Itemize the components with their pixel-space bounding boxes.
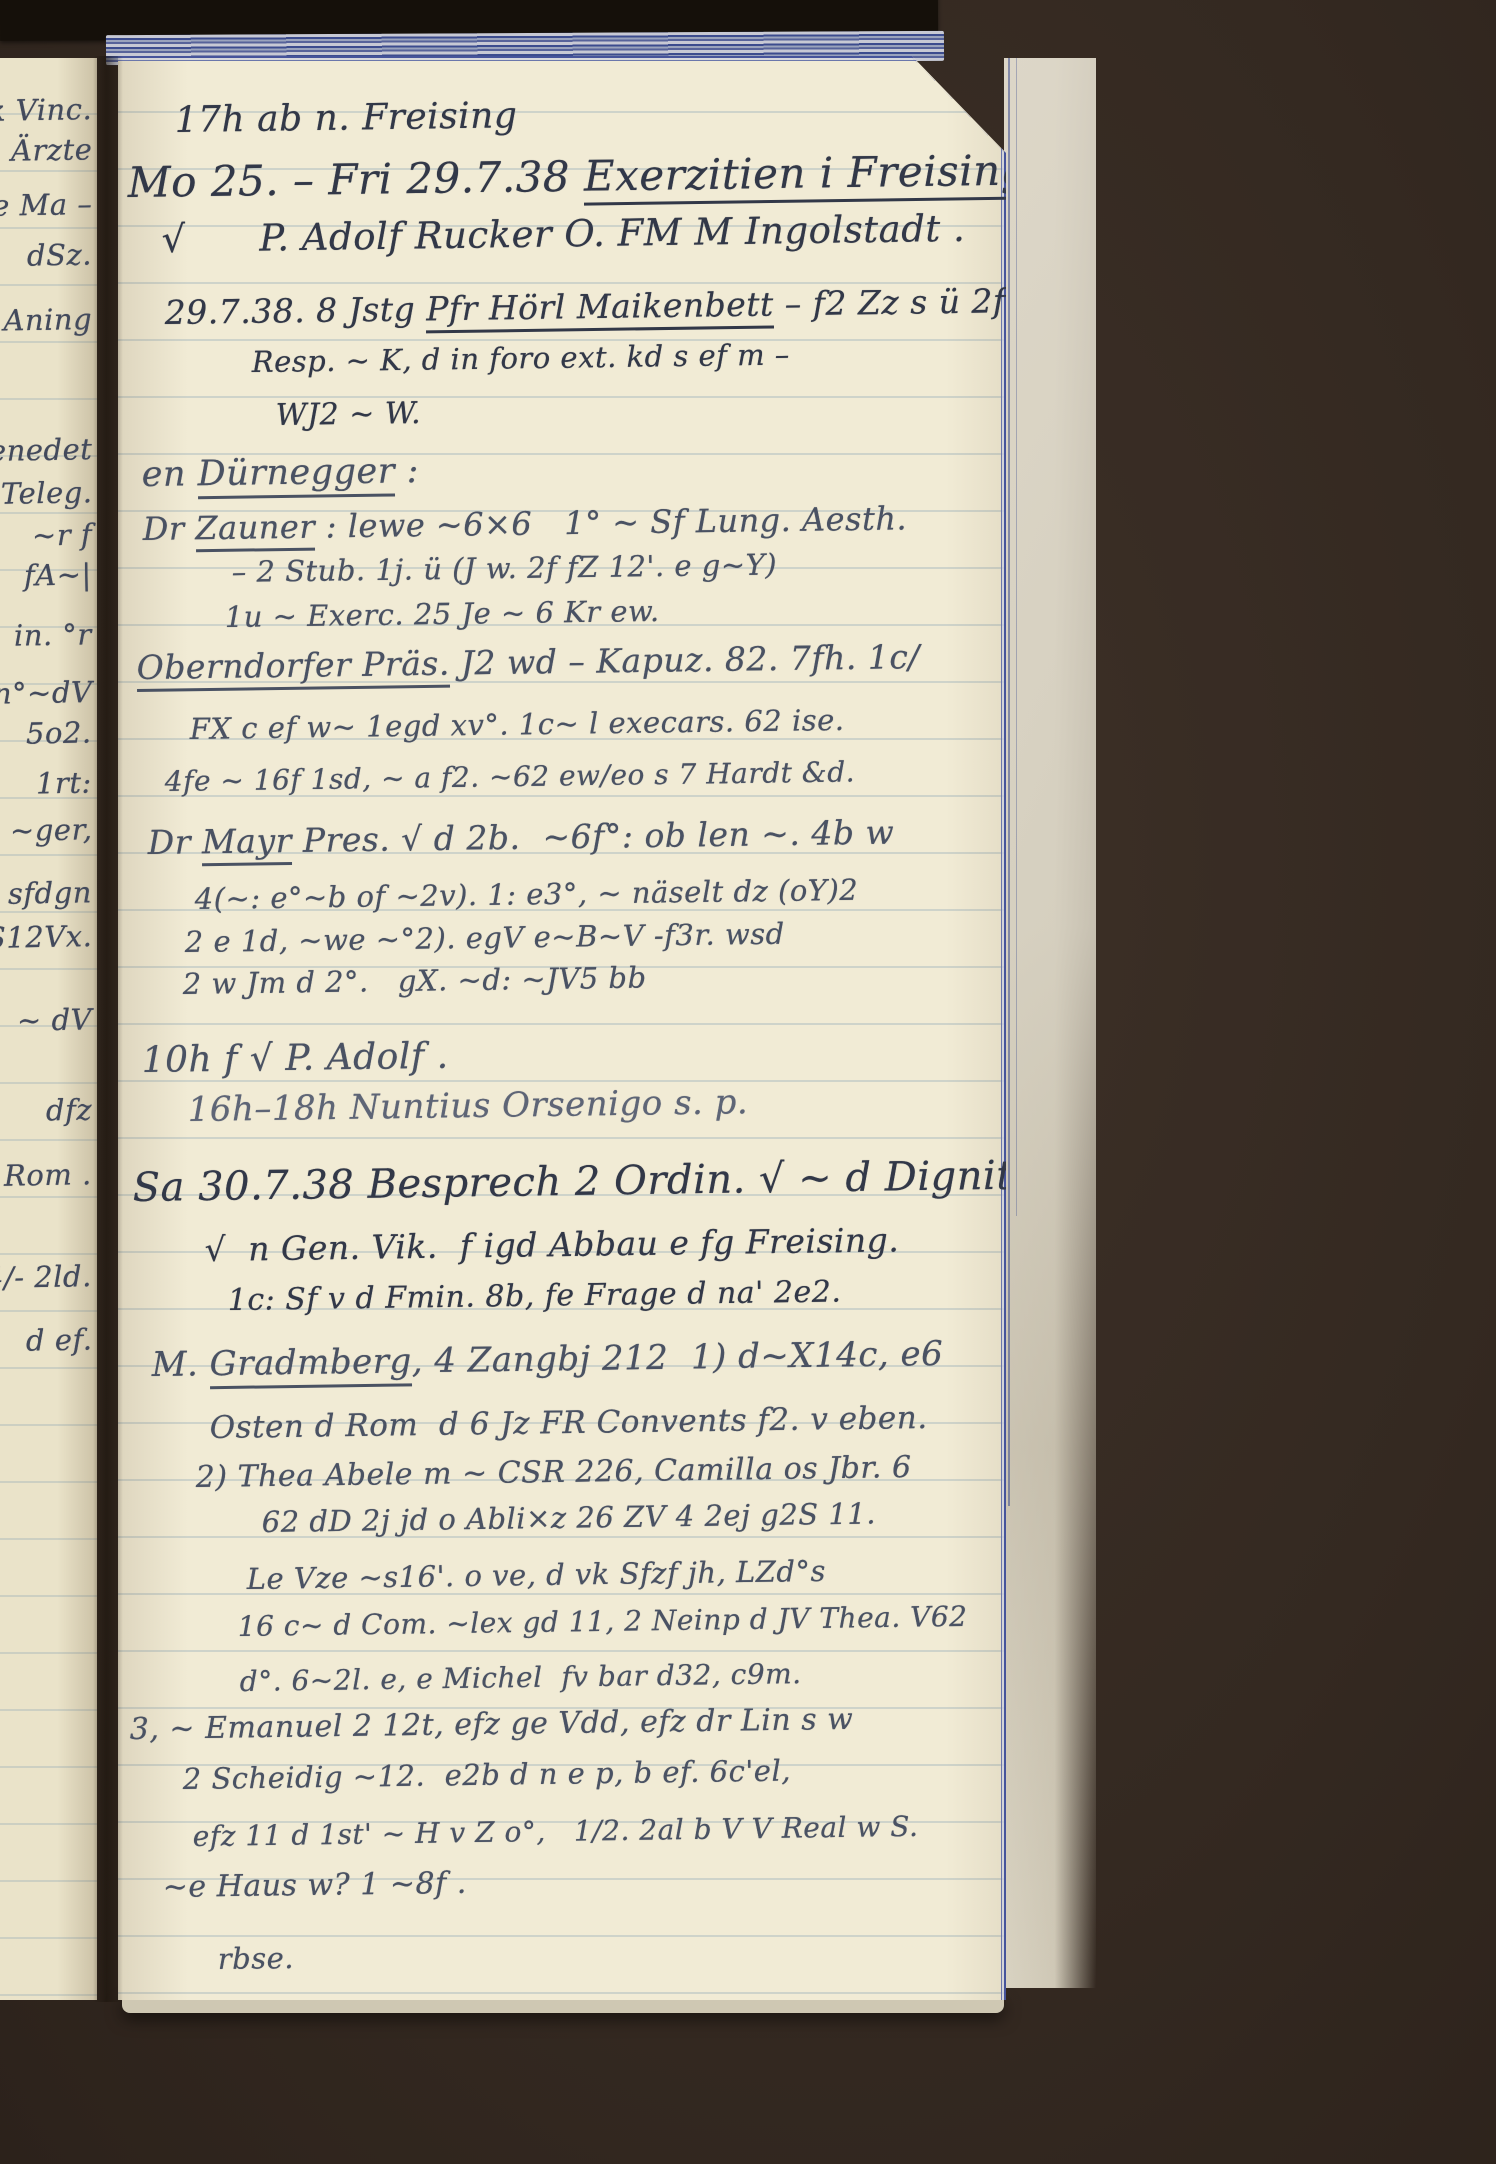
left-page-fragment: sfdgn (8, 875, 93, 910)
underlined-phrase: Mayr (202, 821, 292, 866)
manuscript-line: 2 e 1d, ~we ~°2). egV e~B~V -f3r. wsd (185, 917, 785, 959)
left-page-fragment: 5o2. (26, 715, 92, 750)
manuscript-line: Dr Zauner : lewe ~6×6 1° ~ Sf Lung. Aest… (142, 499, 907, 548)
left-page-fragment: dfz (46, 1093, 93, 1128)
manuscript-line: 3, ~ Emanuel 2 12t, efz ge Vdd, efz dr L… (130, 1702, 854, 1747)
manuscript-line: WJ2 ~ W. (276, 396, 422, 433)
left-page-fragment: c Aning (0, 302, 92, 338)
phrase: – 2 Stub. 1j. ü (J w. 2f fZ 12'. e g~Y) (232, 547, 778, 589)
phrase: – f2 Zz s ü 2f. (773, 281, 1015, 323)
manuscript-line: 4(~: e°~b of ~2v). 1: e3°, ~ näselt dz (… (195, 873, 859, 916)
left-page-fragment: ~ger, (9, 812, 92, 847)
diary-photo: k Vinc.Ärztefe Ma –dSz.c AningenedetTele… (0, 0, 1496, 2164)
left-page-fragment: in. °r (14, 617, 92, 652)
phrase: 2 e 1d, ~we ~°2). egV e~B~V -f3r. wsd (185, 917, 785, 959)
manuscript-line: 16h–18h Nuntius Orsenigo s. p. (187, 1082, 748, 1130)
manuscript-line: 1u ~ Exerc. 25 Je ~ 6 Kr ew. (225, 594, 660, 634)
manuscript-line: efz 11 d 1st' ~ H v Z o°, 1/2. 2al b V V… (193, 1810, 919, 1853)
manuscript-line: – 2 Stub. 1j. ü (J w. 2f fZ 12'. e g~Y) (232, 547, 778, 589)
diary-page: 17h ab n. FreisingMo 25. – Fri 29.7.38 E… (118, 56, 1006, 2000)
phrase: , 4 Zangbj 212 1) d~X14c, e6 (411, 1334, 943, 1381)
phrase: : lewe ~6×6 1° ~ Sf Lung. Aesth. (315, 499, 907, 545)
manuscript-text-layer: 17h ab n. FreisingMo 25. – Fri 29.7.38 E… (118, 56, 1006, 2000)
phrase: 16 c~ d Com. ~lex gd 11, 2 Neinp d JV Th… (238, 1600, 968, 1643)
phrase: : (395, 451, 419, 491)
manuscript-line: Osten d Rom d 6 Jz FR Convents f2. v ebe… (209, 1400, 927, 1446)
manuscript-line: Dr Mayr Pres. √ d 2b. ~6f°: ob len ~. 4b… (147, 813, 894, 862)
phrase: √ P. Adolf Rucker O. FM M Ingolstadt . (161, 207, 965, 261)
left-page-sliver: k Vinc.Ärztefe Ma –dSz.c AningenedetTele… (0, 58, 97, 2000)
phrase: 4fe ~ 16f 1sd, ~ a f2. ~62 ew/eo s 7 Har… (165, 755, 856, 798)
phrase: 2 w Jm d 2°. gX. ~d: ~JV5 bb (183, 961, 647, 1001)
underlined-phrase: Dürnegger (197, 451, 395, 499)
phrase: 29.7.38. 8 Jstg (164, 289, 426, 332)
left-page-fragment: enedet (0, 432, 92, 468)
phrase: 17h ab n. Freising (174, 95, 517, 141)
phrase: 1c: Sf v d Fmin. 8b, fe Frage d na' 2e2. (228, 1274, 842, 1318)
phrase: rbse. (218, 1941, 295, 1976)
phrase: Pres. √ d 2b. ~6f°: ob len ~. 4b w (292, 813, 895, 860)
phrase: 3, ~ Emanuel 2 12t, efz ge Vdd, efz dr L… (130, 1702, 854, 1747)
phrase: en (141, 454, 197, 495)
underlined-phrase: Zauner (195, 508, 315, 553)
manuscript-line: M. Gradmberg, 4 Zangbj 212 1) d~X14c, e6 (151, 1334, 943, 1385)
left-page-fragment: Rom . (4, 1157, 92, 1193)
manuscript-line: 10h f √ P. Adolf . (141, 1036, 448, 1081)
right-page-stack-edge (1004, 58, 1096, 1988)
gutter-shadow (93, 56, 123, 2002)
phrase: 62 dD 2j jd o Abli×z 26 ZV 4 2ej g2S 11. (262, 1496, 877, 1539)
phrase: ~e Haus w? 1 ~8f . (163, 1866, 468, 1905)
manuscript-line: ~e Haus w? 1 ~8f . (163, 1866, 468, 1905)
phrase: 1u ~ Exerc. 25 Je ~ 6 Kr ew. (225, 594, 660, 634)
underlined-phrase: Gradmberg (209, 1341, 412, 1389)
manuscript-line: 16 c~ d Com. ~lex gd 11, 2 Neinp d JV Th… (238, 1600, 968, 1643)
left-page-fragment: ~ dV (17, 1002, 93, 1037)
phrase: Mo 25. – Fri 29.7.38 (127, 152, 584, 207)
phrase: FX c ef w~ 1egd xv°. 1c~ l execars. 62 i… (190, 703, 845, 746)
manuscript-line: 17h ab n. Freising (174, 95, 517, 141)
manuscript-line: 1c: Sf v d Fmin. 8b, fe Frage d na' 2e2. (228, 1274, 842, 1318)
left-page-fragment: Ärzte (10, 132, 92, 167)
manuscript-line: Le Vze ~s16'. o ve, d vk Sfzf jh, LZd°s (247, 1554, 827, 1596)
phrase: 16h–18h Nuntius Orsenigo s. p. (187, 1082, 748, 1130)
left-page-fragment: S12Vx. (0, 919, 92, 955)
manuscript-line: Resp. ~ K, d in foro ext. kd s ef m – (252, 337, 791, 379)
phrase: √ n Gen. Vik. f igd Abbau e fg Freising. (204, 1220, 899, 1269)
phrase: 4(~: e°~b of ~2v). 1: e3°, ~ näselt dz (… (195, 873, 859, 916)
manuscript-line: 2) Thea Abele m ~ CSR 226, Camilla os Jb… (196, 1450, 912, 1495)
manuscript-line: rbse. (218, 1941, 295, 1976)
phrase: Le Vze ~s16'. o ve, d vk Sfzf jh, LZd°s (247, 1554, 827, 1596)
phrase: 2 Scheidig ~12. e2b d n e p, b ef. 6c'el… (183, 1754, 792, 1796)
underlined-phrase: Pfr Hörl Maikenbett (426, 284, 774, 333)
manuscript-line: Oberndorfer Präs. J2 wd – Kapuz. 82. 7fh… (136, 637, 920, 687)
phrase: efz 11 d 1st' ~ H v Z o°, 1/2. 2al b V V… (193, 1810, 919, 1853)
left-page-fragment: 1n°~dV (0, 675, 92, 711)
manuscript-line: d°. 6~2l. e, e Michel fv bar d32, c9m. (240, 1657, 802, 1698)
phrase: Dr (147, 822, 202, 862)
manuscript-line: 62 dD 2j jd o Abli×z 26 ZV 4 2ej g2S 11. (262, 1496, 877, 1539)
phrase: Dr (142, 509, 195, 548)
manuscript-line: 29.7.38. 8 Jstg Pfr Hörl Maikenbett – f2… (164, 281, 1015, 332)
phrase: Osten d Rom d 6 Jz FR Convents f2. v ebe… (209, 1400, 927, 1446)
phrase: 2) Thea Abele m ~ CSR 226, Camilla os Jb… (196, 1450, 912, 1495)
underlined-phrase: Exerzitien i Freising. (584, 145, 1043, 205)
phrase: J2 wd – Kapuz. 82. 7fh. 1c/ (450, 637, 921, 683)
manuscript-line: 4fe ~ 16f 1sd, ~ a f2. ~62 ew/eo s 7 Har… (165, 755, 856, 798)
left-page-fragment: fe Ma – (0, 187, 92, 223)
left-page-fragment: dSz. (27, 237, 93, 272)
left-page-fragment: 4/- 2ld. (0, 1259, 92, 1295)
underlined-phrase: Oberndorfer Präs. (136, 644, 450, 692)
manuscript-line: 2 w Jm d 2°. gX. ~d: ~JV5 bb (183, 961, 647, 1001)
phrase: M. (151, 1344, 209, 1385)
phrase: 10h f √ P. Adolf . (141, 1036, 448, 1081)
bottom-page-edge (122, 1998, 1004, 2013)
manuscript-line: Mo 25. – Fri 29.7.38 Exerzitien i Freisi… (127, 145, 1042, 207)
manuscript-line: 2 Scheidig ~12. e2b d n e p, b ef. 6c'el… (183, 1754, 792, 1796)
phrase: WJ2 ~ W. (276, 396, 422, 433)
phrase: Resp. ~ K, d in foro ext. kd s ef m – (252, 337, 791, 379)
manuscript-line: Sa 30.7.38 Besprech 2 Ordin. √ ~ d Digni… (132, 1151, 1107, 1211)
left-page-fragment: fA~| (24, 557, 92, 592)
phrase: Sa 30.7.38 Besprech 2 Ordin. √ ~ d Digni… (132, 1151, 1107, 1211)
left-page-fragment: k Vinc. (0, 92, 92, 128)
left-page-fragment: Teleg. (0, 475, 92, 511)
manuscript-line: FX c ef w~ 1egd xv°. 1c~ l execars. 62 i… (190, 703, 845, 746)
phrase: d°. 6~2l. e, e Michel fv bar d32, c9m. (240, 1657, 802, 1698)
left-page-fragment: d ef. (25, 1322, 92, 1357)
left-page-fragment: 1rt: (36, 766, 92, 801)
manuscript-line: √ n Gen. Vik. f igd Abbau e fg Freising. (204, 1220, 899, 1269)
manuscript-line: en Dürnegger : (141, 451, 419, 495)
left-page-fragment: ~r f (32, 517, 93, 552)
manuscript-line: √ P. Adolf Rucker O. FM M Ingolstadt . (161, 207, 965, 261)
